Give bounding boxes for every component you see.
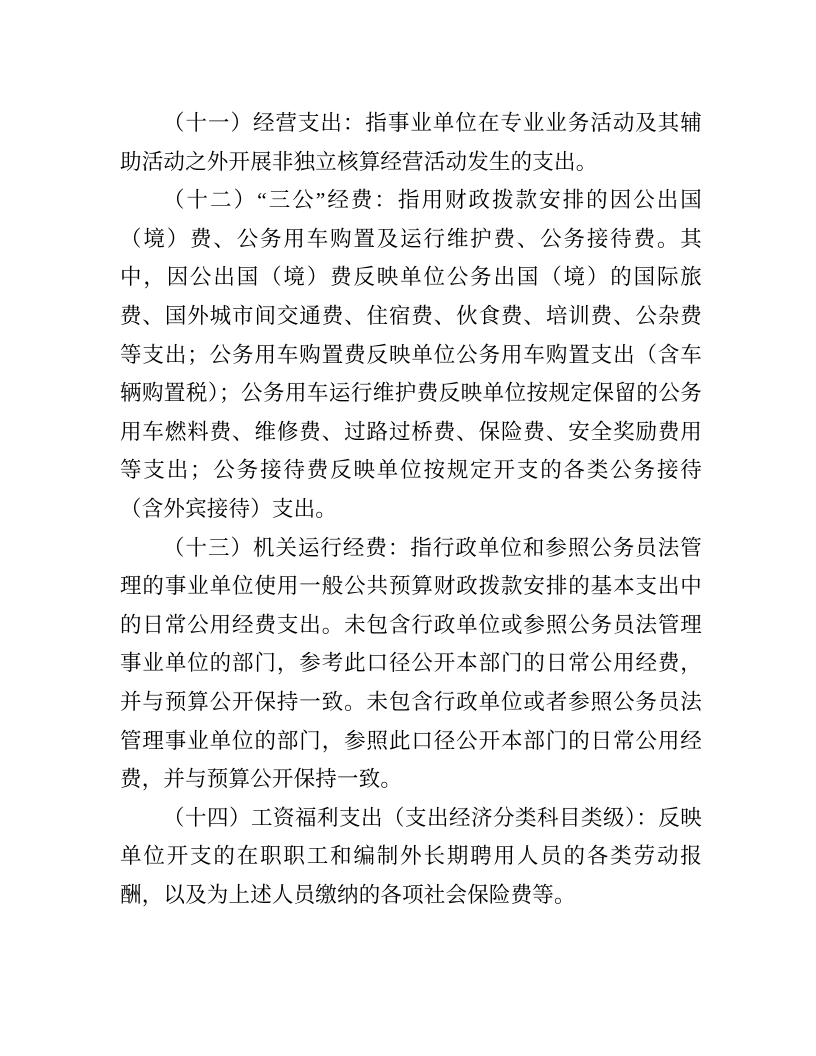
- paragraph-item-11: （十一）经营支出：指事业单位在专业业务活动及其辅助活动之外开展非独立核算经营活动…: [120, 104, 702, 181]
- paragraph-item-12: （十二）“三公”经费：指用财政拨款安排的因公出国（境）费、公务用车购置及运行维护…: [120, 181, 702, 528]
- paragraph-item-13: （十三）机关运行经费：指行政单位和参照公务员法管理的事业单位使用一般公共预算财政…: [120, 529, 702, 799]
- document-body: （十一）经营支出：指事业单位在专业业务活动及其辅助活动之外开展非独立核算经营活动…: [120, 104, 702, 914]
- page: { "page": { "background_color": "#ffffff…: [0, 0, 816, 1056]
- document-page: （十一）经营支出：指事业单位在专业业务活动及其辅助活动之外开展非独立核算经营活动…: [0, 0, 816, 1056]
- paragraph-item-14: （十四）工资福利支出（支出经济分类科目类级）：反映单位开支的在职职工和编制外长期…: [120, 799, 702, 915]
